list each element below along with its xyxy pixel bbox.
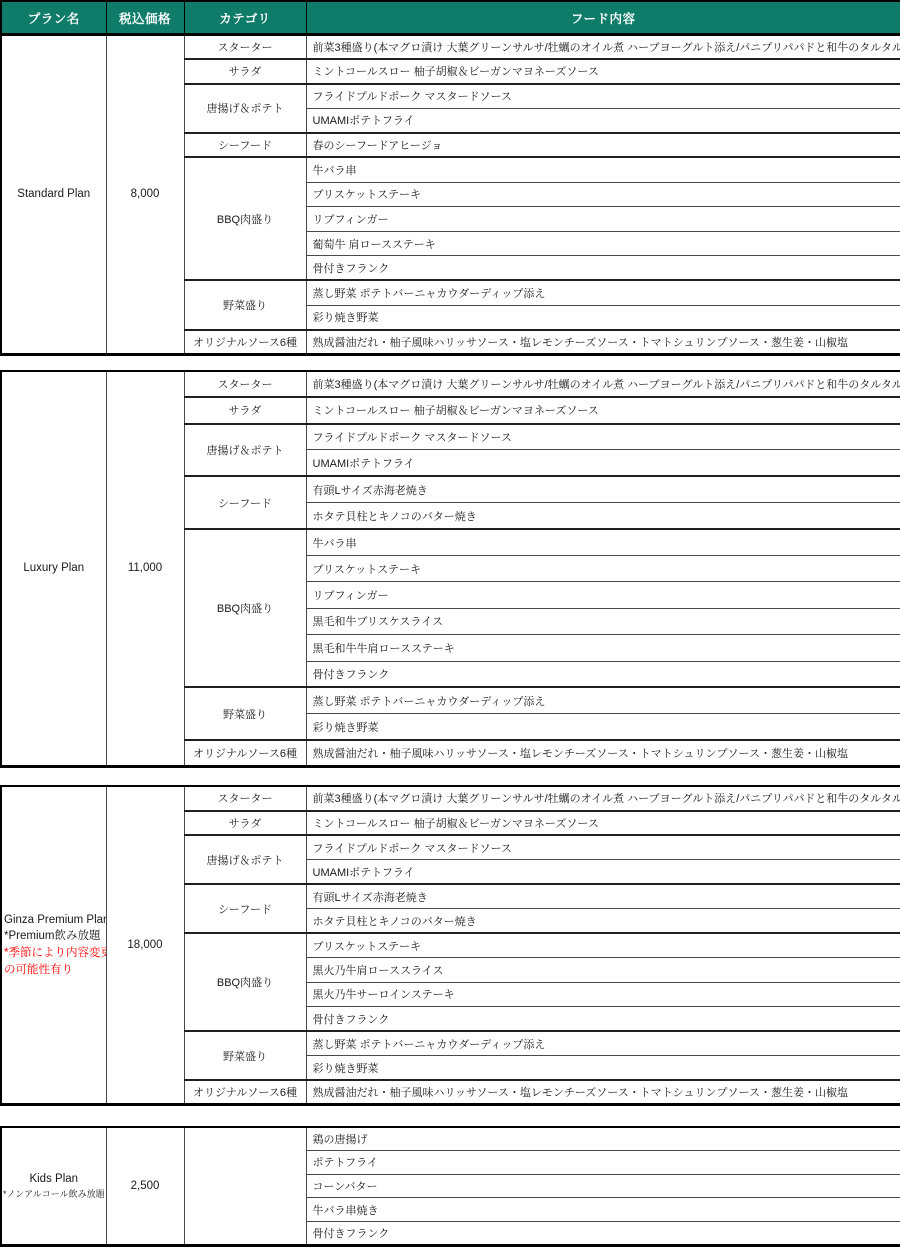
food-item-cell: 熟成醤油だれ・柚子風味ハリッサソース・塩レモンチーズソース・トマトシュリンプソー…: [306, 740, 900, 766]
plan-name-cell: Ginza Premium Plan*Premium飲み放題*季節により内容変更…: [1, 786, 106, 1105]
food-item-cell: ブリスケットステーキ: [306, 555, 900, 581]
food-item-cell: 黒毛和牛牛肩ロースステーキ: [306, 635, 900, 661]
category-cell: シーフード: [184, 133, 306, 158]
food-item-cell: 牛バラ串: [306, 529, 900, 555]
plan-name-line: の可能性有り: [4, 962, 105, 979]
plan-table: Luxury Plan11,000スターター前菜3種盛り(本マグロ漬け 大葉グリ…: [0, 370, 900, 768]
food-item-cell: ポテトフライ: [306, 1151, 900, 1175]
food-item-cell: UMAMIポテトフライ: [306, 860, 900, 885]
food-item-cell: 牛バラ串: [306, 157, 900, 182]
price-cell: 2,500: [106, 1127, 184, 1245]
plan-table: プラン名税込価格カテゴリフード内容Standard Plan8,000スターター…: [0, 0, 900, 356]
food-item-cell: 蒸し野菜 ポテトバーニャカウダーディップ添え: [306, 280, 900, 305]
plan-name-line: Standard Plan: [3, 186, 105, 203]
plan-name-line: Kids Plan: [3, 1171, 105, 1188]
food-item-cell: ホタテ貝柱とキノコのバター焼き: [306, 909, 900, 934]
food-item-cell: 蒸し野菜 ポテトバーニャカウダーディップ添え: [306, 687, 900, 713]
food-item-cell: 彩り焼き野菜: [306, 714, 900, 740]
category-cell: オリジナルソース6種: [184, 740, 306, 766]
food-item-cell: 熟成醤油だれ・柚子風味ハリッサソース・塩レモンチーズソース・トマトシュリンプソー…: [306, 330, 900, 355]
food-item-cell: ホタテ貝柱とキノコのバター焼き: [306, 503, 900, 529]
food-item-cell: ミントコールスロー 柚子胡椒＆ビーガンマヨネーズソース: [306, 397, 900, 423]
food-item-cell: 牛バラ串焼き: [306, 1198, 900, 1222]
food-item-cell: 有頭Lサイズ赤海老焼き: [306, 476, 900, 502]
category-cell: 唐揚げ＆ポテト: [184, 424, 306, 477]
food-item-cell: リブフィンガー: [306, 207, 900, 232]
plan-tables: プラン名税込価格カテゴリフード内容Standard Plan8,000スターター…: [0, 0, 900, 1247]
food-item-cell: 骨付きフランク: [306, 1221, 900, 1245]
food-item-cell: 蒸し野菜 ポテトバーニャカウダーディップ添え: [306, 1031, 900, 1056]
table-row: Standard Plan8,000スターター前菜3種盛り(本マグロ漬け 大葉グ…: [1, 35, 900, 60]
category-cell: スターター: [184, 371, 306, 397]
category-cell: 野菜盛り: [184, 1031, 306, 1080]
table-row: Luxury Plan11,000スターター前菜3種盛り(本マグロ漬け 大葉グリ…: [1, 371, 900, 397]
plan-table: Ginza Premium Plan*Premium飲み放題*季節により内容変更…: [0, 785, 900, 1106]
category-cell: BBQ肉盛り: [184, 157, 306, 280]
category-cell: 野菜盛り: [184, 687, 306, 740]
category-cell: サラダ: [184, 397, 306, 423]
food-item-cell: 骨付きフランク: [306, 256, 900, 281]
category-cell: オリジナルソース6種: [184, 330, 306, 355]
plan-name-line: Luxury Plan: [3, 560, 105, 577]
category-cell: BBQ肉盛り: [184, 529, 306, 687]
food-item-cell: 黒毛和牛ブリスケスライス: [306, 608, 900, 634]
table-row: Ginza Premium Plan*Premium飲み放題*季節により内容変更…: [1, 786, 900, 811]
plan-name-cell: Standard Plan: [1, 35, 106, 355]
plan-name-cell: Kids Plan*ノンアルコール飲み放題: [1, 1127, 106, 1245]
food-item-cell: フライドプルドポーク マスタードソース: [306, 835, 900, 860]
food-item-cell: ブリスケットステーキ: [306, 933, 900, 958]
price-cell: 11,000: [106, 371, 184, 767]
category-cell: シーフード: [184, 884, 306, 933]
food-item-cell: 前菜3種盛り(本マグロ漬け 大葉グリーンサルサ/牡蠣のオイル煮 ハーブヨーグルト…: [306, 786, 900, 811]
food-item-cell: 彩り焼き野菜: [306, 305, 900, 330]
food-item-cell: 骨付きフランク: [306, 661, 900, 687]
category-cell: 野菜盛り: [184, 280, 306, 329]
plan-name-line: *Premium飲み放題: [4, 928, 105, 945]
category-cell: サラダ: [184, 59, 306, 84]
price-cell: 18,000: [106, 786, 184, 1105]
food-item-cell: UMAMIポテトフライ: [306, 108, 900, 133]
food-item-cell: フライドプルドポーク マスタードソース: [306, 424, 900, 450]
header-cell: プラン名: [1, 1, 106, 35]
category-cell: 唐揚げ＆ポテト: [184, 835, 306, 884]
food-item-cell: 骨付きフランク: [306, 1007, 900, 1032]
plan-name-line: *ノンアルコール飲み放題: [3, 1188, 105, 1201]
category-cell: スターター: [184, 35, 306, 60]
plan-name-line: *季節により内容変更: [4, 945, 105, 962]
plan-name-line: Ginza Premium Plan: [4, 912, 105, 929]
food-item-cell: 熟成醤油だれ・柚子風味ハリッサソース・塩レモンチーズソース・トマトシュリンプソー…: [306, 1080, 900, 1105]
category-cell: オリジナルソース6種: [184, 1080, 306, 1105]
table-row: Kids Plan*ノンアルコール飲み放題2,500鶏の唐揚げ: [1, 1127, 900, 1151]
food-item-cell: 春のシーフードアヒージョ: [306, 133, 900, 158]
food-item-cell: UMAMIポテトフライ: [306, 450, 900, 476]
category-cell: スターター: [184, 786, 306, 811]
food-item-cell: 有頭Lサイズ赤海老焼き: [306, 884, 900, 909]
header-cell: 税込価格: [106, 1, 184, 35]
header-cell: カテゴリ: [184, 1, 306, 35]
header-row: プラン名税込価格カテゴリフード内容: [1, 1, 900, 35]
food-item-cell: コーンバター: [306, 1174, 900, 1198]
food-item-cell: ブリスケットステーキ: [306, 182, 900, 207]
food-item-cell: 鶏の唐揚げ: [306, 1127, 900, 1151]
price-cell: 8,000: [106, 35, 184, 355]
category-cell: サラダ: [184, 811, 306, 836]
plan-table: Kids Plan*ノンアルコール飲み放題2,500鶏の唐揚げポテトフライコーン…: [0, 1126, 900, 1246]
food-item-cell: 葡萄牛 肩ロースステーキ: [306, 231, 900, 256]
food-item-cell: ミントコールスロー 柚子胡椒＆ビーガンマヨネーズソース: [306, 811, 900, 836]
header-cell: フード内容: [306, 1, 900, 35]
category-cell: シーフード: [184, 476, 306, 529]
food-item-cell: 前菜3種盛り(本マグロ漬け 大葉グリーンサルサ/牡蠣のオイル煮 ハーブヨーグルト…: [306, 371, 900, 397]
category-cell: 唐揚げ＆ポテト: [184, 84, 306, 133]
plan-name-cell: Luxury Plan: [1, 371, 106, 767]
food-item-cell: リブフィンガー: [306, 582, 900, 608]
food-item-cell: 彩り焼き野菜: [306, 1056, 900, 1081]
food-item-cell: フライドプルドポーク マスタードソース: [306, 84, 900, 109]
food-item-cell: 前菜3種盛り(本マグロ漬け 大葉グリーンサルサ/牡蠣のオイル煮 ハーブヨーグルト…: [306, 35, 900, 60]
food-item-cell: 黒火乃牛サーロインステーキ: [306, 982, 900, 1007]
category-cell: [184, 1127, 306, 1245]
food-item-cell: ミントコールスロー 柚子胡椒＆ビーガンマヨネーズソース: [306, 59, 900, 84]
category-cell: BBQ肉盛り: [184, 933, 306, 1031]
food-item-cell: 黒火乃牛肩ローススライス: [306, 958, 900, 983]
